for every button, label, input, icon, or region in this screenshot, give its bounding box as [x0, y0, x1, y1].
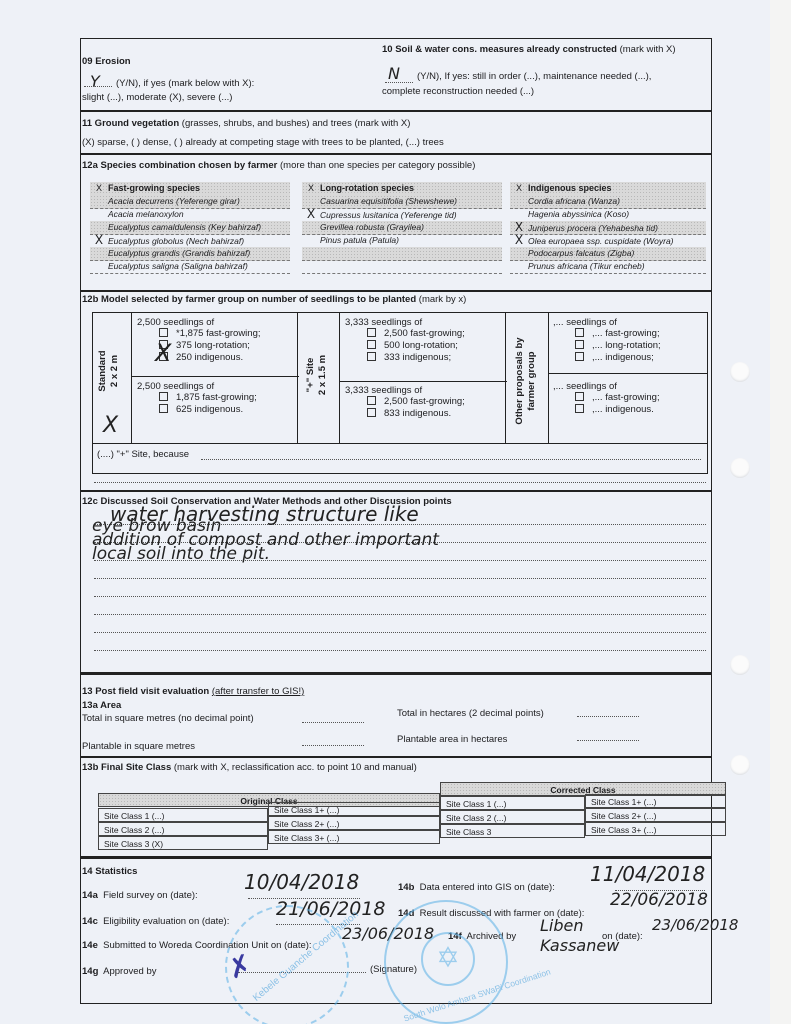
field-survey-label: Field survey on (date): — [103, 890, 198, 901]
eligibility-label: Eligibility evaluation on (date): — [103, 916, 229, 927]
sec10-title-suffix: (mark with X) — [620, 44, 676, 55]
sec10-title: 10 Soil & water cons. measures already c… — [382, 44, 617, 55]
discussion-line[interactable] — [94, 614, 706, 615]
archived-date[interactable]: 23/06/2018 — [652, 916, 738, 934]
col-divider — [548, 313, 549, 443]
discussed-date[interactable]: 22/06/2018 — [610, 890, 708, 910]
field-survey-date[interactable]: 10/04/2018 — [244, 870, 359, 894]
item-num: 14b — [398, 882, 414, 893]
option-other-a[interactable]: ,... seedlings of,... fast-growing;,... … — [553, 317, 661, 364]
discussion-line[interactable] — [94, 650, 706, 651]
checkbox[interactable] — [367, 340, 376, 349]
species-column-header: XIndigenous species — [510, 182, 706, 195]
species-row[interactable]: Pinus patula (Patula) — [302, 234, 502, 248]
checkbox[interactable] — [367, 408, 376, 417]
site-class-option[interactable]: Site Class 3 — [440, 824, 585, 838]
species-column-header: XLong-rotation species — [302, 182, 502, 195]
item-num: 14e — [82, 940, 98, 951]
site-class-option[interactable]: Site Class 1 (...) — [440, 796, 585, 810]
sec13-title: 13 Post field visit evaluation — [82, 686, 209, 697]
total-ha-label: Total in hectares (2 decimal points) — [397, 708, 544, 719]
species-row[interactable]: XOlea europaea ssp. cuspidate (Woyra) — [510, 234, 706, 248]
standard-mark[interactable]: X — [103, 413, 118, 438]
option-mark: X — [155, 339, 171, 367]
species-row[interactable]: Hagenia abyssinica (Koso) — [510, 208, 706, 222]
dotted-line — [94, 482, 706, 483]
species-row[interactable]: XEucalyptus globolus (Nech bahirzaf) — [90, 234, 290, 248]
divider — [80, 110, 712, 112]
option-other-b[interactable]: ,... seedlings of,... fast-growing;,... … — [553, 381, 660, 416]
row-divider — [339, 381, 507, 382]
stamp-south-wolo: ✡ South Wolo Amhara SWaPi Coordination — [384, 900, 508, 1024]
sec09-line2: slight (...), moderate (X), severe (...) — [82, 92, 232, 103]
total-ha-field[interactable] — [577, 716, 639, 717]
gis-entry-date[interactable]: 11/04/2018 — [590, 862, 705, 886]
dotted-line — [385, 82, 413, 83]
approved-by-label: Approved by — [103, 966, 156, 977]
checkbox[interactable] — [575, 352, 584, 361]
plantable-ha-label: Plantable area in hectares — [397, 734, 507, 745]
species-row[interactable]: Casuarina equisitifolia (Shewshewe) — [302, 195, 502, 209]
site-class-option[interactable]: Site Class 3+ (...) — [585, 822, 726, 836]
divider — [80, 856, 712, 859]
divider — [80, 672, 712, 675]
checkbox[interactable] — [575, 340, 584, 349]
species-row[interactable]: Prunus africana (Tikur encheb) — [510, 260, 706, 274]
checkbox[interactable] — [159, 404, 168, 413]
sec09-line1: (Y/N), if yes (mark below with X): — [116, 78, 254, 89]
plantable-ha-field[interactable] — [577, 740, 639, 741]
site-class-option[interactable]: Site Class 1 (...) — [98, 808, 268, 822]
divider — [80, 153, 712, 155]
divider — [80, 756, 712, 758]
plus-site-label: "+" Site2 x 1.5 m — [305, 345, 329, 405]
checkbox[interactable] — [575, 392, 584, 401]
species-row[interactable]: Podocarpus falcatus (Zigba) — [510, 247, 706, 261]
item-num: 14g — [82, 966, 98, 977]
col-divider — [131, 313, 132, 443]
species-row[interactable]: Eucalyptus grandis (Grandis bahirzaf) — [90, 247, 290, 261]
punch-hole — [730, 755, 750, 775]
checkbox[interactable] — [367, 328, 376, 337]
sec10-line2: complete reconstruction needed (...) — [382, 86, 534, 97]
punch-hole — [730, 655, 750, 675]
discussion-line[interactable] — [94, 632, 706, 633]
discussion-line[interactable] — [94, 596, 706, 597]
sec13b-title: 13b Final Site Class — [82, 762, 171, 773]
col-divider — [339, 313, 340, 443]
erosion-answer[interactable]: Y — [90, 72, 100, 91]
sec11-title-suffix: (grasses, shrubs, and bushes) and trees … — [182, 118, 411, 129]
form-page: 09 Erosion Y (Y/N), if yes (mark below w… — [80, 38, 712, 1008]
standard-label: Standard2 x 2 m — [97, 341, 121, 401]
option-plus-b[interactable]: 3,333 seedlings of2,500 fast-growing;833… — [345, 385, 465, 420]
sec12a-title-suffix: (more than one species per category poss… — [280, 160, 475, 171]
total-sqm-field[interactable] — [302, 722, 364, 723]
discussion-line[interactable] — [94, 578, 706, 579]
site-class-option[interactable]: Site Class 3+ (...) — [268, 830, 440, 844]
vegetation-options[interactable]: (X) sparse, ( ) dense, ( ) already at co… — [82, 137, 444, 148]
because-field[interactable] — [201, 459, 701, 460]
checkbox[interactable] — [575, 404, 584, 413]
item-num: 14c — [82, 916, 98, 927]
site-class-option[interactable]: Site Class 1+ (...) — [585, 794, 726, 808]
option-plus-a[interactable]: 3,333 seedlings of2,500 fast-growing;500… — [345, 317, 465, 364]
col-divider — [505, 313, 506, 443]
checkbox[interactable] — [367, 352, 376, 361]
plantable-sqm-label: Plantable in square metres — [82, 741, 195, 752]
site-class-option[interactable]: Site Class 2+ (...) — [585, 808, 726, 822]
species-row[interactable]: XJuniperus procera (Yehabesha tid) — [510, 221, 706, 235]
item-num: 14a — [82, 890, 98, 901]
sec13b-title-suffix: (mark with X, reclassification acc. to p… — [174, 762, 417, 773]
punch-hole — [730, 458, 750, 478]
divider — [80, 490, 712, 492]
star-emblem-icon: ✡ — [421, 932, 475, 986]
handwritten-note: local soil into the pit. — [92, 544, 270, 564]
plus-site-because-label: (....) "+" Site, because — [97, 449, 189, 460]
divider — [80, 290, 712, 292]
punch-hole — [730, 362, 750, 382]
row-divider — [548, 373, 707, 374]
other-label: Other proposals by farmer group — [514, 331, 538, 431]
sec12b-title: 12b Model selected by farmer group on nu… — [82, 294, 416, 305]
sec12b-title-suffix: (mark by x) — [419, 294, 467, 305]
species-row[interactable]: Eucalyptus saligna (Saligna bahirzaf) — [90, 260, 290, 274]
sec13-title-suffix: (after transfer to GIS!) — [212, 686, 304, 697]
sec10-line1: (Y/N), If yes: still in order (...), mai… — [417, 71, 651, 82]
species-row[interactable]: Grevillea robusta (Grayilea) — [302, 221, 502, 235]
site-class-option[interactable]: Site Class 1+ (...) — [268, 802, 440, 816]
species-row[interactable]: Acacia decurrens (Yeferenge girar) — [90, 195, 290, 209]
checkbox[interactable] — [159, 328, 168, 337]
model-table: Standard2 x 2 m X "+" Site2 x 1.5 m Othe… — [92, 312, 708, 474]
sec09-title: 09 Erosion — [82, 56, 131, 67]
species-row[interactable]: Acacia melanoxylon — [90, 208, 290, 222]
species-row[interactable]: Cordia africana (Wanza) — [510, 195, 706, 209]
dotted-line — [84, 86, 112, 87]
site-class-option[interactable]: Site Class 2 (...) — [98, 822, 268, 836]
option-standard-b[interactable]: 2,500 seedlings of1,875 fast-growing;625… — [137, 381, 257, 416]
sec13a-title: 13a Area — [82, 700, 121, 711]
checkbox[interactable] — [575, 328, 584, 337]
col-divider — [297, 313, 298, 443]
archived-by-name[interactable]: Liben Kassanew — [540, 916, 610, 956]
site-class-option[interactable]: Site Class 2 (...) — [440, 810, 585, 824]
sec14-title: 14 Statistics — [82, 866, 137, 877]
plantable-sqm-field[interactable] — [302, 745, 364, 746]
species-row[interactable]: XCupressus lusitanica (Yeferenge tid) — [302, 208, 502, 222]
gis-entry-label: Data entered into GIS on (date): — [420, 882, 555, 893]
checkbox[interactable] — [367, 396, 376, 405]
sec11-title: 11 Ground vegetation — [82, 118, 179, 129]
stamp-kebele: Kebele Guanche Coordination — [225, 905, 349, 1024]
checkbox[interactable] — [159, 392, 168, 401]
measures-answer[interactable]: N — [388, 64, 400, 83]
total-sqm-label: Total in square metres (no decimal point… — [82, 713, 254, 724]
row-divider — [131, 376, 299, 377]
site-class-option[interactable]: Site Class 2+ (...) — [268, 816, 440, 830]
paper-edge — [770, 0, 791, 1024]
archived-on-label: on (date): — [602, 931, 643, 942]
species-row[interactable]: Eucalyptus camaldulensis (Key bahirzaf) — [90, 221, 290, 235]
site-class-option[interactable]: Site Class 3 (X) — [98, 836, 268, 850]
sec12a-title: 12a Species combination chosen by farmer — [82, 160, 277, 171]
species-row[interactable] — [302, 260, 502, 274]
species-row[interactable] — [302, 247, 502, 261]
species-column-header: XFast-growing species — [90, 182, 290, 195]
row-divider — [93, 443, 707, 444]
